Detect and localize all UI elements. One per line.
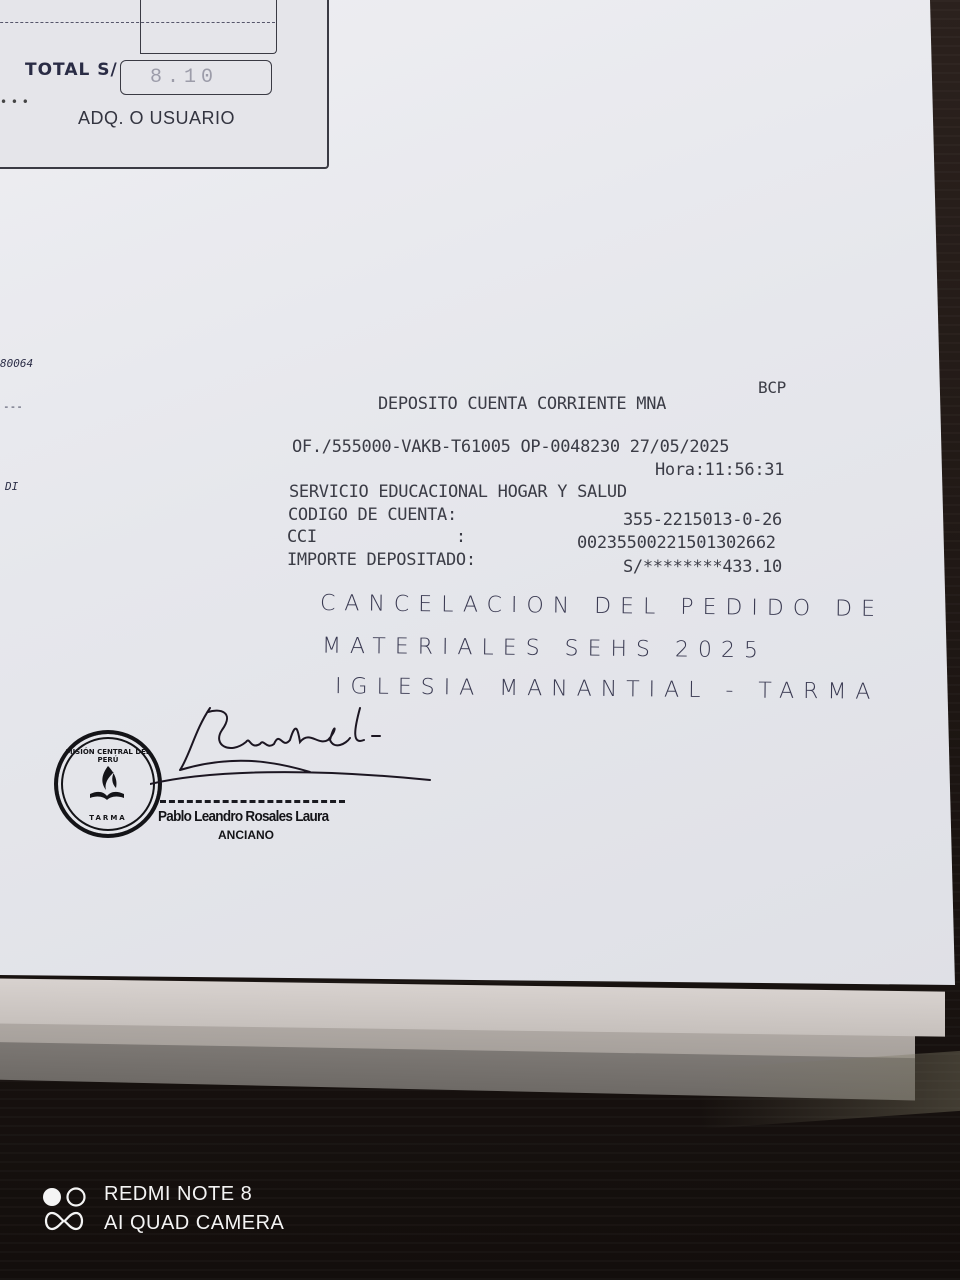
beneficiary: SERVICIO EDUCACIONAL HOGAR Y SALUD: [289, 482, 627, 502]
time-line: Hora:11:56:31: [655, 460, 784, 480]
field-value-amount: S/********433.10: [623, 557, 782, 577]
bank-name: BCP: [758, 378, 786, 397]
church-seal: MISIÓN CENTRAL DEL PERÚ TARMA: [54, 730, 162, 838]
total-value: 8.10: [150, 66, 218, 89]
document-sheet: TOTAL S/ 8.10 • • • ADQ. O USUARIO 80064…: [0, 0, 960, 1000]
total-label: TOTAL S/: [25, 60, 118, 80]
watermark-device: REDMI NOTE 8: [104, 1183, 252, 1206]
signatory-role: ANCIANO: [218, 828, 274, 842]
signature-line: [160, 800, 345, 803]
handwritten-line-1: CANCELACION DEL PEDIDO DE: [320, 591, 884, 622]
handwritten-line-2: MATERIALES SEHS 2025: [322, 634, 767, 664]
camera-lens-logo-icon: [40, 1185, 88, 1233]
signature-line-label: ADQ. O USUARIO: [78, 108, 235, 129]
field-label-account-code: CODIGO DE CUENTA:: [288, 505, 457, 525]
seal-bottom-text: TARMA: [58, 814, 158, 822]
handwritten-signature: [150, 700, 440, 800]
left-fragment-number: 80064: [0, 357, 33, 370]
field-value-cci: 00235500221501302662: [577, 533, 776, 553]
dotted-line: • • •: [0, 95, 29, 109]
field-label-cci: CCI :: [287, 527, 466, 547]
watermark-camera: AI QUAD CAMERA: [104, 1212, 284, 1235]
operation-line: OF./555000-VAKB-T61005 OP-0048230 27/05/…: [292, 437, 729, 457]
left-fragment-dashes: ---: [3, 400, 23, 413]
field-label-amount: IMPORTE DEPOSITADO:: [287, 550, 476, 570]
field-value-account-code: 355-2215013-0-26: [623, 510, 782, 530]
flame-book-emblem-icon: [84, 762, 130, 808]
stamp-title: DEPOSITO CUENTA CORRIENTE MNA: [378, 394, 666, 414]
left-fragment-di: DI: [5, 480, 18, 493]
form-inner-cell: [140, 0, 277, 54]
signatory-name: Pablo Leandro Rosales Laura: [158, 808, 328, 825]
